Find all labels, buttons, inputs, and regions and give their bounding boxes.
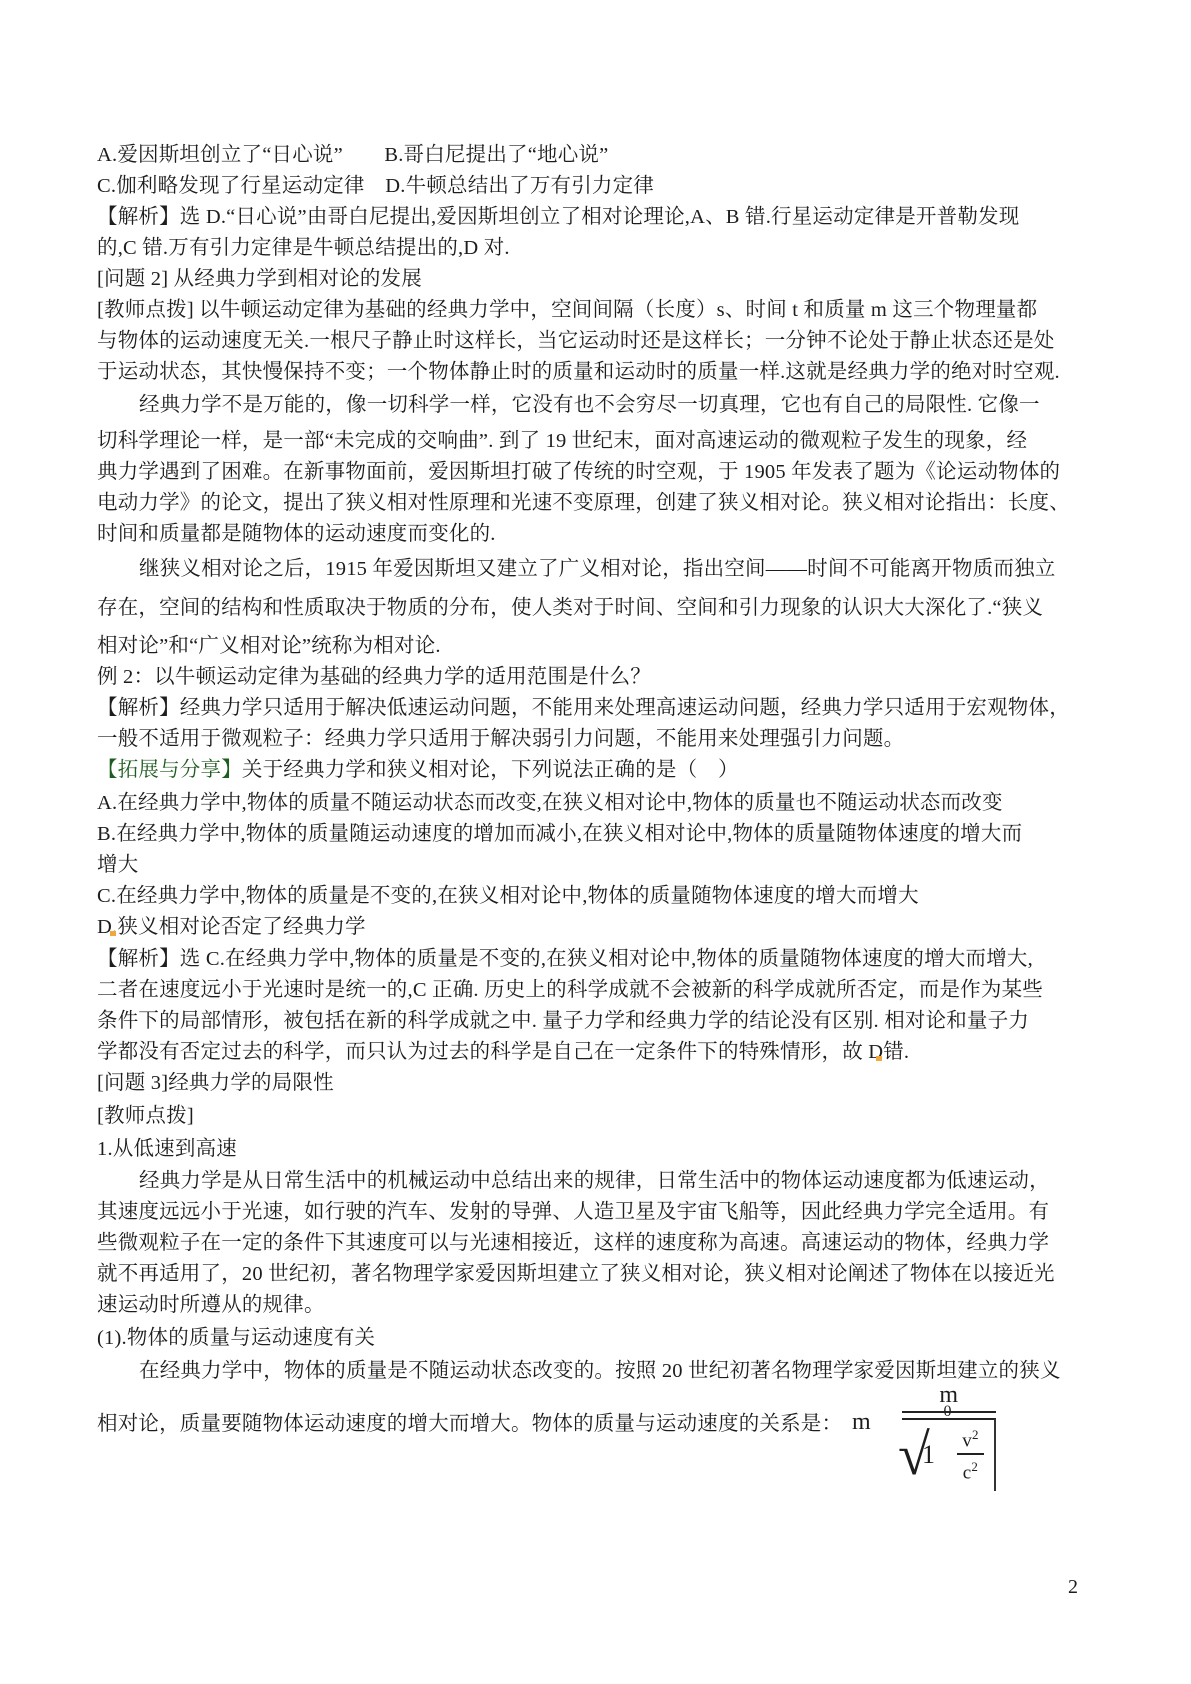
equation-lhs: m: [852, 1409, 871, 1436]
formula-lead-text: 相对论，质量要随物体运动速度的增大而增大。物体的质量与运动速度的关系是：: [97, 1409, 842, 1440]
text-line: 增大: [97, 850, 1101, 881]
text-line: [问题 3]经典力学的局限性: [97, 1068, 1101, 1099]
text-line: [教师点拨]: [97, 1101, 1101, 1132]
text-line: 学都没有否定过去的科学，而只认为过去的科学是自己在一定条件下的特殊情形，故 D错…: [97, 1037, 1101, 1068]
text-line: 典力学遇到了困难。在新事物面前，爱因斯坦打破了传统的时空观，于 1905 年发表…: [97, 457, 1101, 488]
inner-fraction-top: v2: [957, 1424, 983, 1455]
spellcheck-mark: [876, 1056, 882, 1061]
text-line: 例 2：以牛顿运动定律为基础的经典力学的适用范围是什么？: [97, 662, 1101, 693]
inner-fraction-bottom: c2: [957, 1455, 983, 1484]
text-line: D.狭义相对论否定了经典力学: [97, 912, 1101, 943]
document-lines: A.爱因斯坦创立了“日心说” B.哥白尼提出了“地心说”C.伽利略发现了行星运动…: [97, 140, 1101, 1387]
text-line: 二者在速度远小于光速时是统一的,C 正确. 历史上的科学成就不会被新的科学成就所…: [97, 975, 1101, 1006]
formula-line: 相对论，质量要随物体运动速度的增大而增大。物体的质量与运动速度的关系是： m m…: [97, 1395, 1101, 1525]
text-line: C.在经典力学中,物体的质量是不变的,在狭义相对论中,物体的质量随物体速度的增大…: [97, 881, 1101, 912]
text-line: 切科学理论一样，是一部“未完成的交响曲”. 到了 19 世纪末，面对高速运动的微…: [97, 426, 1101, 457]
text-line: 经典力学是从日常生活中的机械运动中总结出来的规律，日常生活中的物体运动速度都为低…: [97, 1166, 1101, 1197]
text-line: [教师点拨] 以牛顿运动定律为基础的经典力学中，空间间隔（长度）s、时间 t 和…: [97, 295, 1101, 326]
text-line: 于运动状态，其快慢保持不变；一个物体静止时的质量和运动时的质量一样.这就是经典力…: [97, 357, 1101, 388]
text-line: B.在经典力学中,物体的质量随运动速度的增加而减小,在狭义相对论中,物体的质量随…: [97, 819, 1101, 850]
text-line: 存在，空间的结构和性质取决于物质的分布，使人类对于时间、空间和引力现象的认识大大…: [97, 593, 1101, 624]
text-line: 就不再适用了，20 世纪初，著名物理学家爱因斯坦建立了狭义相对论，狭义相对论阐述…: [97, 1259, 1101, 1290]
text-line: 电动力学》的论文，提出了狭义相对性原理和光速不变原理，创建了狭义相对论。狭义相对…: [97, 488, 1101, 519]
equation-numerator: m0: [902, 1381, 996, 1413]
text-line: 继狭义相对论之后，1915 年爱因斯坦又建立了广义相对论，指出空间——时间不可能…: [97, 554, 1101, 585]
text-line: 时间和质量都是随物体的运动速度而变化的.: [97, 519, 1101, 550]
text-line: A.爱因斯坦创立了“日心说” B.哥白尼提出了“地心说”: [97, 140, 1101, 171]
document-body: A.爱因斯坦创立了“日心说” B.哥白尼提出了“地心说”C.伽利略发现了行星运动…: [97, 140, 1101, 1525]
equation-numerator-subscript: 0: [943, 1404, 951, 1420]
text-line: 的,C 错.万有引力定律是牛顿总结提出的,D 对.: [97, 233, 1101, 264]
inner-fraction: v2 c2: [957, 1424, 983, 1485]
text-line: 一般不适用于微观粒子：经典力学只适用于解决弱引力问题，不能用来处理强引力问题。: [97, 724, 1101, 755]
text-line: C.伽利略发现了行星运动定律 D.牛顿总结出了万有引力定律: [97, 171, 1101, 202]
text-line: 与物体的运动速度无关.一根尺子静止时这样长，当它运动时还是这样长；一分钟不论处于…: [97, 326, 1101, 357]
equation-fraction: m0 √ 1 v2 c2: [902, 1381, 996, 1491]
text-line: A.在经典力学中,物体的质量不随运动状态而改变,在狭义相对论中,物体的质量也不随…: [97, 788, 1101, 819]
page-number: 2: [1068, 1576, 1078, 1599]
spellcheck-mark: [110, 931, 116, 936]
text-line: 相对论”和“广义相对论”统称为相对论.: [97, 631, 1101, 662]
text-line: 【解析】选 C.在经典力学中,物体的质量是不变的,在狭义相对论中,物体的质量随物…: [97, 944, 1101, 975]
text-line: 1.从低速到高速: [97, 1134, 1101, 1165]
equation-denominator: √ 1 v2 c2: [902, 1418, 996, 1491]
radicand-one: 1: [922, 1440, 935, 1470]
text-line: 速运动时所遵从的规律。: [97, 1290, 1101, 1321]
text-line: (1).物体的质量与运动速度有关: [97, 1323, 1101, 1354]
text-line: 【拓展与分享】关于经典力学和狭义相对论，下列说法正确的是（ ）: [97, 755, 1101, 786]
text-line: 【解析】选 D.“日心说”由哥白尼提出,爱因斯坦创立了相对论理论,A、B 错.行…: [97, 202, 1101, 233]
text-line: 【解析】经典力学只适用于解决低速运动问题，不能用来处理高速运动问题，经典力学只适…: [97, 693, 1101, 724]
text-line: 条件下的局部情形，被包括在新的科学成就之中. 量子力学和经典力学的结论没有区别.…: [97, 1006, 1101, 1037]
text-line: 些微观粒子在一定的条件下其速度可以与光速相接近，这样的速度称为高速。高速运动的物…: [97, 1228, 1101, 1259]
text-line: [问题 2] 从经典力学到相对论的发展: [97, 264, 1101, 295]
text-line: 经典力学不是万能的，像一切科学一样，它没有也不会穷尽一切真理，它也有自己的局限性…: [97, 390, 1101, 421]
text-line: 其速度远远小于光速，如行驶的汽车、发射的导弹、人造卫星及宇宙飞船等，因此经典力学…: [97, 1197, 1101, 1228]
document-page: A.爱因斯坦创立了“日心说” B.哥白尼提出了“地心说”C.伽利略发现了行星运动…: [0, 0, 1191, 1684]
